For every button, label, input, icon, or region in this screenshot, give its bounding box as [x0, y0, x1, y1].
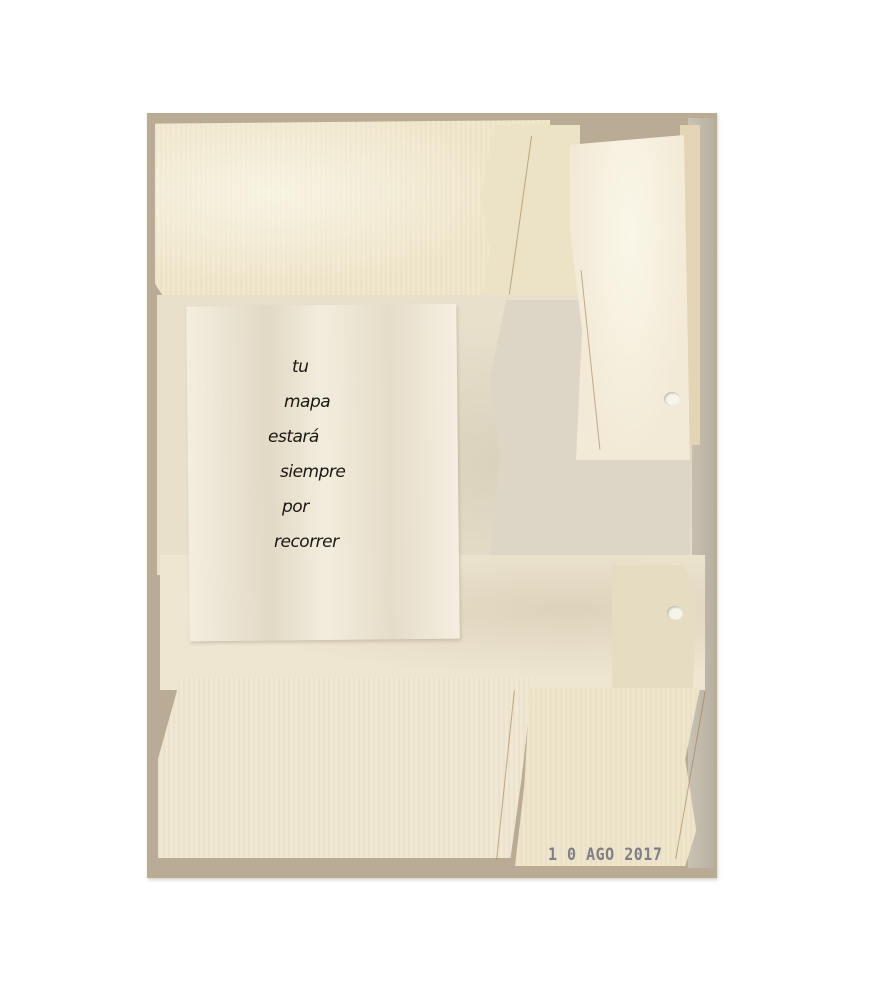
punched-hole [667, 606, 683, 620]
paper-piece-lower-right [612, 565, 697, 690]
handwritten-note: tu mapa estará siempre por recorrer [262, 350, 402, 560]
note-line: mapa [262, 385, 402, 420]
punched-hole [664, 392, 680, 406]
paper-piece-bottom-right [515, 688, 700, 866]
note-line: tu [262, 350, 402, 385]
paper-piece-top-torn [480, 125, 580, 305]
note-line: estará [262, 420, 402, 455]
note-line: recorrer [262, 525, 402, 560]
paper-piece-right-tall [570, 135, 690, 460]
paper-piece-bottom-left [158, 678, 533, 858]
note-line: por [262, 490, 402, 525]
date-stamp: 1 0 AGO 2017 [548, 844, 662, 865]
note-line: siempre [262, 455, 402, 490]
